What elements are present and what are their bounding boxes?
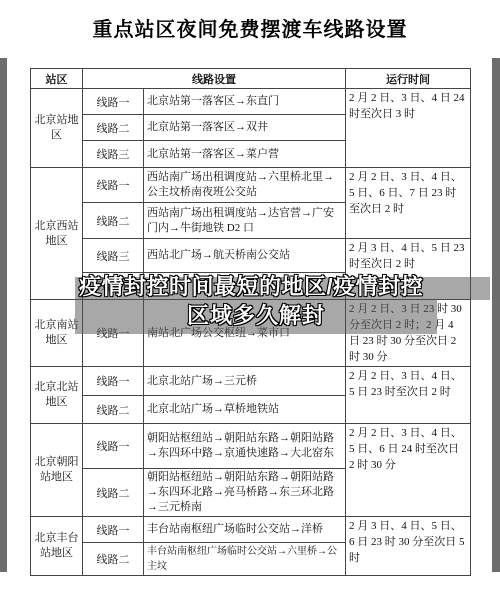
route-cell: 西站南广场出租调度站→六里桥北里→公主坟桥南夜班公交站 — [144, 168, 346, 203]
line-cell: 线路二 — [83, 115, 144, 141]
table-row: 北京北站地区 线路一 北京北站广场→三元桥 2 月 2 日、3 日、4 日、5 … — [31, 367, 471, 396]
station-cell: 北京丰台站地区 — [31, 517, 83, 576]
route-cell: 朝阳站枢纽站→朝阳站东路→朝阳站路→东四环中路→京通快速路→大北窑东 — [144, 424, 346, 469]
line-cell: 线路一 — [83, 517, 144, 543]
watermark-text-line2: 区域多久解封 — [75, 303, 437, 329]
page-background: 重点站区夜间免费摆渡车线路设置 站区 线路设置 运行时间 北京站地区 线路一 北… — [0, 0, 500, 606]
left-edge-strip — [0, 58, 7, 572]
time-cell: 2 月 2 日、3 日、4 日、5 日、6 日、7 日 23 时至次日 2 时 — [346, 168, 471, 239]
line-cell: 线路一 — [83, 89, 144, 115]
station-cell: 北京站地区 — [31, 89, 83, 168]
table-row: 北京朝阳站地区 线路一 朝阳站枢纽站→朝阳站东路→朝阳站路→东四环中路→京通快速… — [31, 424, 471, 469]
table-row: 线路三 西站北广场→航天桥南公交站 2 月 3 日、4 日、5 日 23 时至次… — [31, 239, 471, 273]
line-cell: 线路一 — [83, 168, 144, 203]
line-cell: 线路三 — [83, 141, 144, 168]
route-cell: 朝阳站枢纽站→朝阳站东路→朝阳站路→东四环北路→亮马桥路→东三环北路→三元桥南 — [144, 469, 346, 517]
col-header-run-time: 运行时间 — [346, 69, 471, 89]
line-cell: 线路一 — [83, 367, 144, 396]
watermark-text-line1: 疫情封控时间最短的地区/疫情封控 — [79, 274, 494, 300]
right-edge-strip — [492, 58, 500, 572]
line-cell: 线路二 — [83, 396, 144, 424]
time-cell: 2 月 2 日、3 日、4 日、5 日、6 日 24 时至次日 2 时 30 分 — [346, 424, 471, 517]
line-cell: 线路三 — [83, 239, 144, 273]
line-cell: 线路二 — [83, 203, 144, 239]
line-cell: 线路一 — [83, 424, 144, 469]
table-row: 北京站地区 线路一 北京站第一落客区→东直门 2 月 2 日、3 日、4 日 2… — [31, 89, 471, 115]
route-cell: 丰台站南枢纽广场临时公交站→洋桥 — [144, 517, 346, 543]
time-cell: 2 月 3 日、4 日、5 日、6 日 23 时 30 分至次日 5 时 — [346, 517, 471, 576]
time-cell: 2 月 2 日、3 日、4 日 24 时至次日 3 时 — [346, 89, 471, 168]
col-header-station: 站区 — [31, 69, 83, 89]
station-cell: 北京北站地区 — [31, 367, 83, 424]
route-cell: 北京北站广场→三元桥 — [144, 367, 346, 396]
header-row: 站区 线路设置 运行时间 — [31, 69, 471, 89]
route-cell: 北京站第一落客区→东直门 — [144, 89, 346, 115]
route-cell: 西站北广场→航天桥南公交站 — [144, 239, 346, 273]
route-cell: 丰台站南枢纽广场临时公交站→六里桥→公主坟 — [144, 543, 346, 576]
table-row: 北京丰台站地区 线路一 丰台站南枢纽广场临时公交站→洋桥 2 月 3 日、4 日… — [31, 517, 471, 543]
table-row: 北京西站地区 线路一 西站南广场出租调度站→六里桥北里→公主坟桥南夜班公交站 2… — [31, 168, 471, 203]
route-cell: 北京北站广场→草桥地铁站 — [144, 396, 346, 424]
station-cell: 北京朝阳站地区 — [31, 424, 83, 517]
route-cell: 北京站第一落客区→双井 — [144, 115, 346, 141]
line-cell: 线路二 — [83, 543, 144, 576]
page-title: 重点站区夜间免费摆渡车线路设置 — [0, 13, 500, 42]
col-header-route-setup: 线路设置 — [83, 69, 346, 89]
line-cell: 线路二 — [83, 469, 144, 517]
time-cell: 2 月 2 日、3 日、4 日、5 日 23 时至次日 2 时 — [346, 367, 471, 424]
route-cell: 北京站第一落客区→菜户营 — [144, 141, 346, 168]
route-cell: 西站南广场出租调度站→达官营→广安门内→牛街地铁 D2 口 — [144, 203, 346, 239]
